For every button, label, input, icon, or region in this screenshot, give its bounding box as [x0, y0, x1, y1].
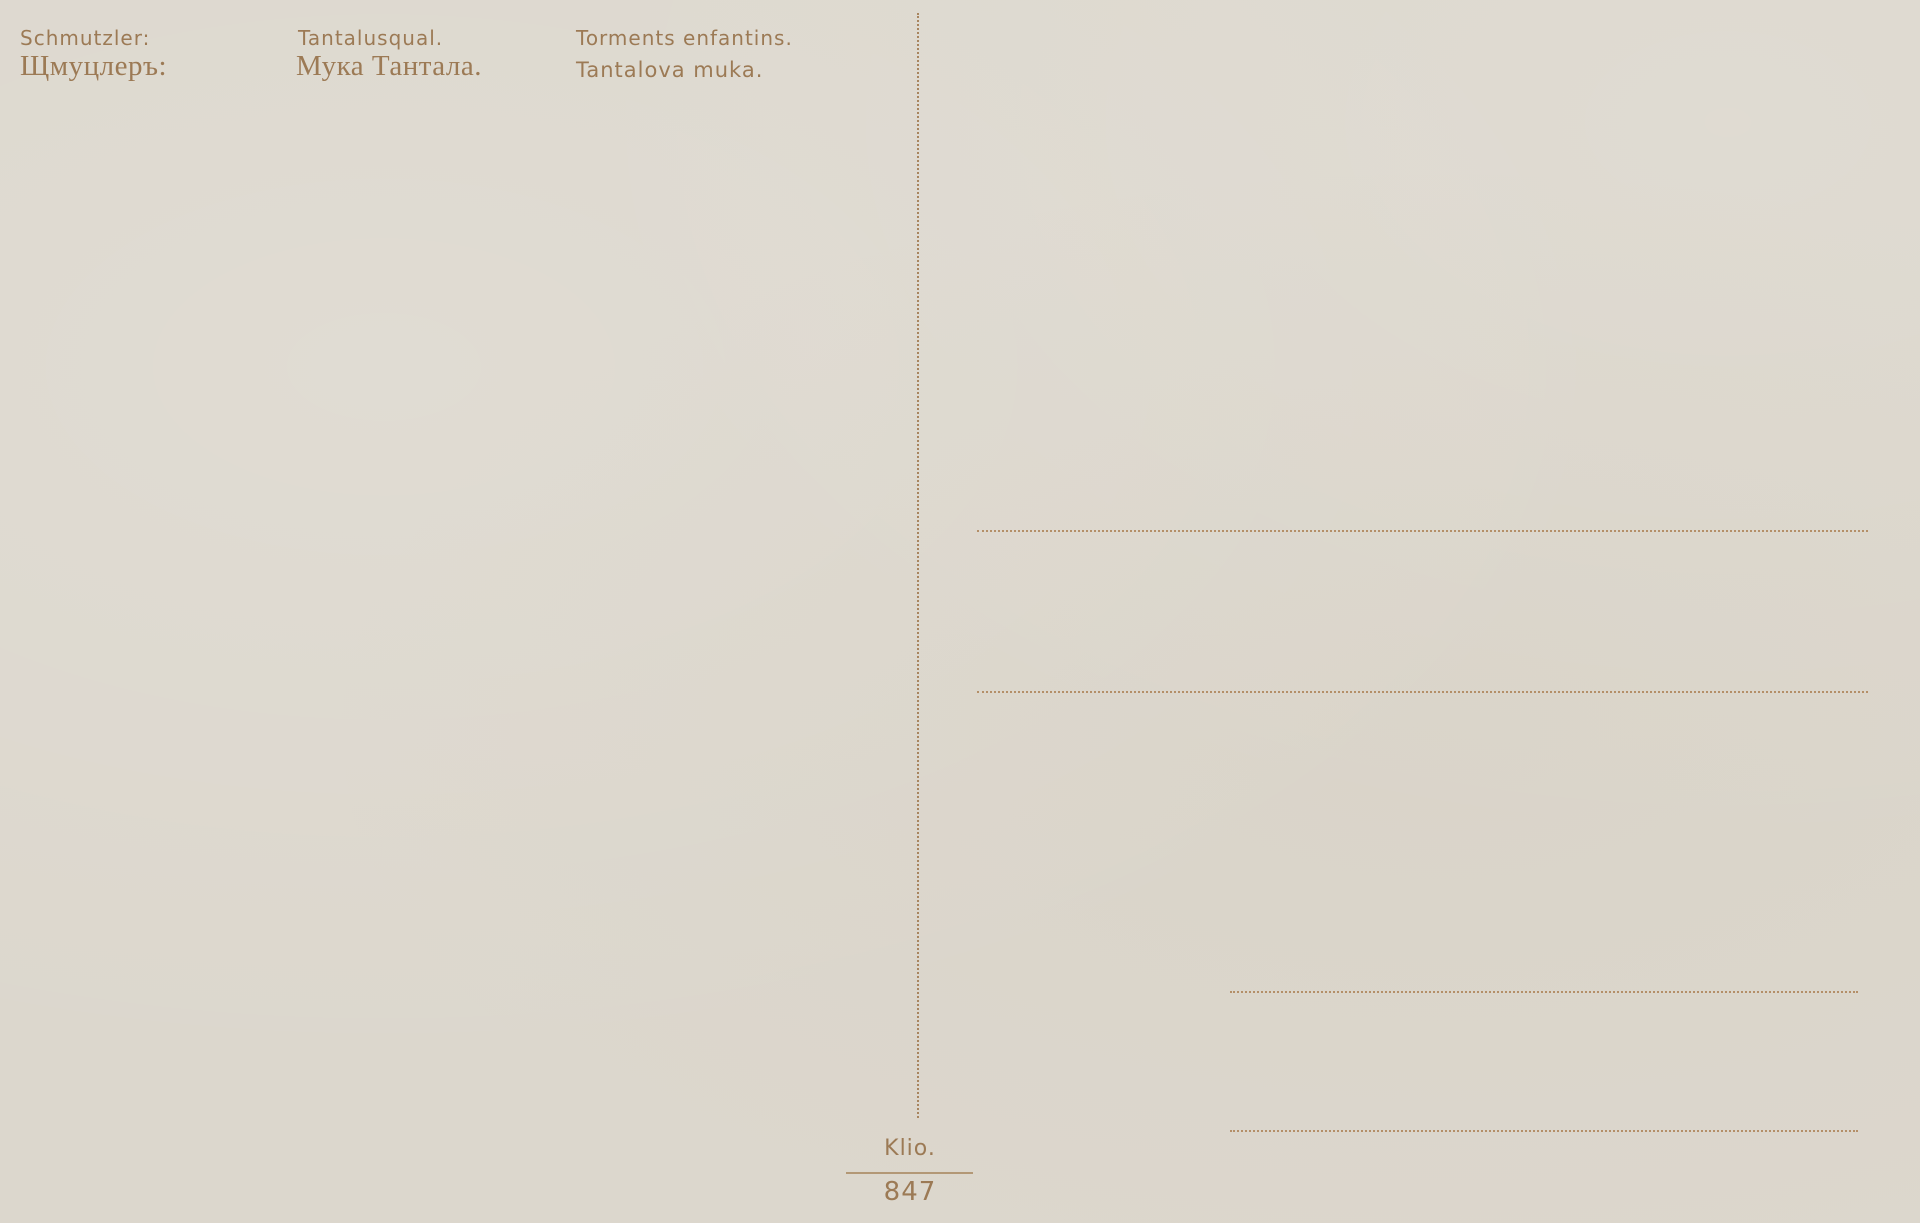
artist-russian: Щмуцлеръ:	[20, 50, 167, 83]
address-line-4	[1230, 1130, 1858, 1132]
publisher-number: 847	[845, 1177, 975, 1207]
title-french: Torments enfantins.	[576, 26, 793, 50]
center-divider	[917, 13, 919, 1118]
title-czech: Tantalova muka.	[576, 58, 763, 82]
address-line-3	[1230, 991, 1858, 993]
address-line-2	[977, 691, 1868, 693]
title-german: Tantalusqual.	[298, 26, 443, 50]
address-line-1	[977, 530, 1868, 532]
publisher-rule	[846, 1172, 973, 1174]
artist-german: Schmutzler:	[20, 26, 150, 50]
title-russian: Мука Тантала.	[296, 50, 482, 83]
publisher-name: Klio.	[845, 1136, 975, 1161]
